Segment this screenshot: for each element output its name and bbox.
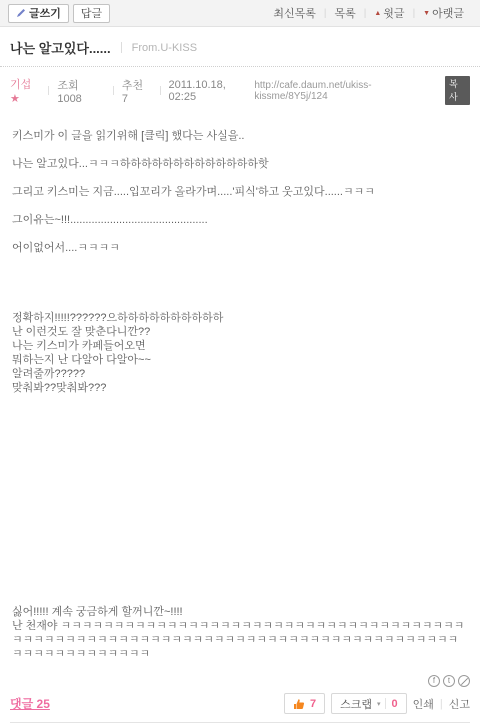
page-title: 나는 알고있다...... bbox=[10, 38, 111, 57]
body-line bbox=[12, 227, 468, 241]
divider bbox=[385, 698, 386, 709]
list-link[interactable]: 목록 bbox=[326, 5, 363, 21]
report-link[interactable]: 신고 bbox=[449, 696, 470, 712]
write-button-label: 글쓰기 bbox=[29, 5, 61, 21]
meta-row: 기섭★ 조회 1008 추천 7 2011.10.18, 02:25 http:… bbox=[0, 67, 480, 115]
pencil-icon bbox=[16, 8, 26, 18]
comments-link[interactable]: 댓글 25 bbox=[10, 695, 50, 712]
scrap-dropdown-icon: ▾ bbox=[377, 700, 381, 708]
recommend-count: 추천 7 bbox=[122, 77, 152, 105]
sns-share-row: f t bbox=[10, 673, 470, 693]
write-button[interactable]: 글쓰기 bbox=[8, 4, 69, 23]
recommend-count-value: 7 bbox=[310, 698, 316, 710]
author-link[interactable]: 기섭★ bbox=[10, 76, 40, 105]
reply-button-label: 답글 bbox=[81, 5, 102, 21]
body-line bbox=[12, 171, 468, 185]
body-line bbox=[12, 577, 468, 591]
body-line bbox=[12, 549, 468, 563]
actions-row: 댓글 25 7 스크랩 ▾ 0 인쇄 | 신고 bbox=[10, 693, 470, 722]
body-line: 나는 키스미가 카페들어오면 bbox=[12, 339, 468, 353]
print-link[interactable]: 인쇄 bbox=[413, 696, 434, 712]
copy-url-button[interactable]: 복사 bbox=[445, 76, 470, 105]
body-line: 싫어!!!!! 계속 궁금하게 할꺼니깐~!!!! bbox=[12, 605, 468, 619]
body-line bbox=[12, 479, 468, 493]
divider bbox=[121, 42, 122, 53]
body-line: 알려줄까????? bbox=[12, 367, 468, 381]
sns-share-disabled-icon[interactable] bbox=[458, 675, 470, 687]
sns-share-facebook-icon[interactable]: f bbox=[428, 675, 440, 687]
body-line bbox=[12, 269, 468, 283]
body-line: 그이유는~!!!................................… bbox=[12, 213, 468, 227]
body-line bbox=[12, 591, 468, 605]
body-line: 뭐하는지 난 다알아 다알아~~ bbox=[12, 353, 468, 367]
prev-post-label: 윗글 bbox=[383, 5, 404, 21]
body-line bbox=[12, 521, 468, 535]
body-line bbox=[12, 451, 468, 465]
body-line bbox=[12, 395, 468, 409]
post-subtitle: From.U-KISS bbox=[132, 42, 197, 54]
body-line bbox=[12, 507, 468, 521]
post-body: 키스미가 이 글을 읽기위해 [클릭] 했다는 사실을.. 나는 알고있다...… bbox=[0, 115, 480, 673]
toolbar: 글쓰기 답글 최신목록 | 목록 | ▲ 윗글 | ▼ 아랫글 bbox=[0, 0, 480, 27]
body-line bbox=[12, 199, 468, 213]
footer: f t 댓글 25 7 스크랩 ▾ 0 인쇄 | 신고 bbox=[0, 673, 480, 725]
body-line bbox=[12, 423, 468, 437]
body-line: 난 천재야 ㅋㅋㅋㅋㅋㅋㅋㅋㅋㅋㅋㅋㅋㅋㅋㅋㅋㅋㅋㅋㅋㅋㅋㅋㅋㅋㅋㅋㅋㅋㅋㅋㅋㅋ… bbox=[12, 619, 468, 661]
scrap-button[interactable]: 스크랩 ▾ 0 bbox=[331, 693, 407, 714]
down-arrow-icon: ▼ bbox=[423, 10, 430, 17]
list-label: 목록 bbox=[334, 5, 355, 21]
body-line bbox=[12, 297, 468, 311]
body-line: 그리고 키스미는 지금.....입꼬리가 올라가며.....'피식'하고 웃고있… bbox=[12, 185, 468, 199]
latest-list-link[interactable]: 최신목록 bbox=[265, 5, 324, 21]
body-line: 키스미가 이 글을 읽기위해 [클릭] 했다는 사실을.. bbox=[12, 129, 468, 143]
reply-button[interactable]: 답글 bbox=[73, 4, 110, 23]
body-line bbox=[12, 143, 468, 157]
next-post-label: 아랫글 bbox=[432, 5, 464, 21]
body-line bbox=[12, 437, 468, 451]
prev-post-link[interactable]: ▲ 윗글 bbox=[366, 5, 412, 21]
body-line: 나는 알고있다...ㅋㅋㅋ하하하하하하하하하하하하하핫 bbox=[12, 157, 468, 171]
thumb-up-icon bbox=[293, 698, 305, 710]
post-date: 2011.10.18, 02:25 bbox=[169, 79, 255, 103]
latest-list-label: 최신목록 bbox=[273, 5, 316, 21]
view-count: 조회 1008 bbox=[57, 77, 105, 105]
next-post-link[interactable]: ▼ 아랫글 bbox=[415, 5, 472, 21]
divider bbox=[48, 86, 49, 95]
body-line bbox=[12, 465, 468, 479]
up-arrow-icon: ▲ bbox=[374, 10, 381, 17]
divider bbox=[113, 86, 114, 95]
scrap-count-value: 0 bbox=[391, 698, 397, 710]
body-line: 어이없어서....ㅋㅋㅋㅋ bbox=[12, 241, 468, 255]
title-row: 나는 알고있다...... From.U-KISS bbox=[0, 27, 480, 67]
body-line: 맞춰봐??맞춰봐??? bbox=[12, 381, 468, 395]
body-line bbox=[12, 409, 468, 423]
divider bbox=[160, 86, 161, 95]
sns-share-twitter-icon[interactable]: t bbox=[443, 675, 455, 687]
recommend-button[interactable]: 7 bbox=[284, 693, 325, 714]
scrap-label: 스크랩 bbox=[340, 696, 372, 712]
divider: | bbox=[440, 698, 443, 710]
body-line: 난 이런것도 잘 맞춘다니깐?? bbox=[12, 325, 468, 339]
body-line bbox=[12, 535, 468, 549]
post-url: http://cafe.daum.net/ukiss-kissme/8Y5j/1… bbox=[254, 80, 441, 102]
body-line bbox=[12, 255, 468, 269]
body-line bbox=[12, 563, 468, 577]
body-line bbox=[12, 283, 468, 297]
body-line bbox=[12, 493, 468, 507]
body-line: 정확하지!!!!!??????으하하하하하하하하하하 bbox=[12, 311, 468, 325]
